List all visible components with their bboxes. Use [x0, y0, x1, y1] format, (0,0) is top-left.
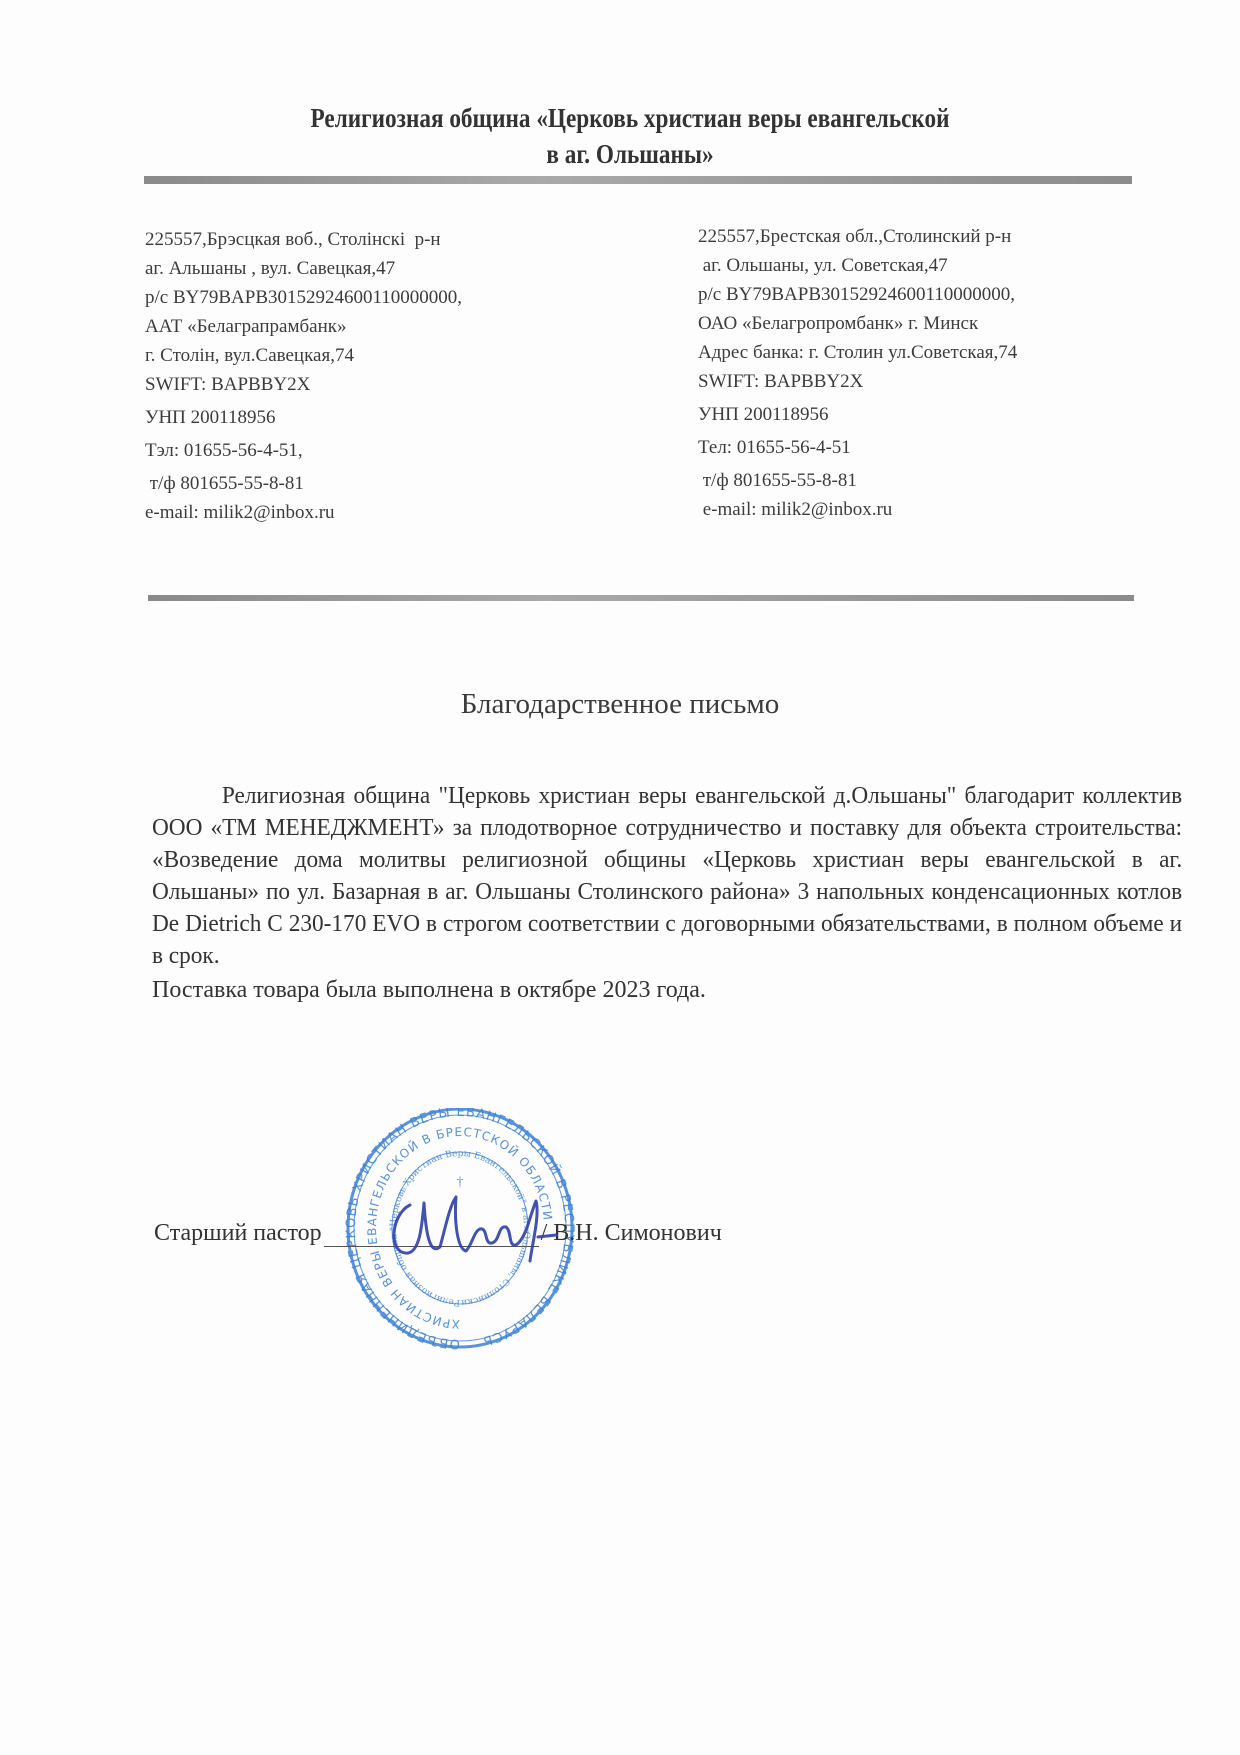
- address-line: 225557,Брестская обл.,Столинский р-н: [698, 222, 1017, 251]
- swift-line: SWIFT: BAPBBY2X: [145, 370, 462, 399]
- organization-header: Религиозная община «Церковь христиан вер…: [200, 100, 1060, 172]
- header-divider: [144, 176, 1132, 184]
- address-block-russian: 225557,Брестская обл.,Столинский р-н аг.…: [698, 222, 1017, 524]
- email-line: e-mail: milik2@inbox.ru: [145, 498, 462, 527]
- handwritten-signature-icon: [380, 1185, 575, 1265]
- address-line: аг. Альшаны , вул. Савецкая,47: [145, 254, 462, 283]
- signer-position: Старший пастор: [154, 1220, 322, 1247]
- letter-title: Благодарственное письмо: [0, 688, 1240, 721]
- phone-line: Тэл: 01655-56-4-51,: [145, 436, 462, 465]
- address-line: 225557,Брэсцкая воб., Столінскі р-н: [145, 225, 462, 254]
- phone-line: Тел: 01655-56-4-51: [698, 433, 1017, 462]
- address-line: аг. Ольшаны, ул. Советская,47: [698, 251, 1017, 280]
- letter-paragraph-main: Религиозная община "Церковь христиан вер…: [152, 780, 1182, 972]
- bank-address-line: г. Столін, вул.Савецкая,74: [145, 341, 462, 370]
- letter-body: Религиозная община "Церковь христиан вер…: [152, 780, 1214, 1006]
- email-line: e-mail: milik2@inbox.ru: [698, 495, 1017, 524]
- header-title-line2: в аг. Ольшаны»: [200, 136, 1060, 172]
- fax-line: т/ф 801655-55-8-81: [698, 466, 1017, 495]
- address-divider: [148, 595, 1134, 601]
- swift-line: SWIFT: BAPBBY2X: [698, 367, 1017, 396]
- letter-paragraph-delivery: Поставка товара была выполнена в октябре…: [152, 974, 1214, 1006]
- fax-line: т/ф 801655-55-8-81: [145, 469, 462, 498]
- address-block-belarusian: 225557,Брэсцкая воб., Столінскі р-н аг. …: [145, 225, 462, 527]
- unp-line: УНП 200118956: [145, 403, 462, 432]
- bank-address-line: Адрес банка: г. Столин ул.Советская,74: [698, 338, 1017, 367]
- account-line: р/с BY79BAPB30152924600110000000,: [145, 283, 462, 312]
- account-line: р/с BY79BAPB30152924600110000000,: [698, 280, 1017, 309]
- bank-line: ААТ «Белаграпрамбанк»: [145, 312, 462, 341]
- bank-line: ОАО «Белагропромбанк» г. Минск: [698, 309, 1017, 338]
- unp-line: УНП 200118956: [698, 400, 1017, 429]
- header-title-line1: Религиозная община «Церковь христиан вер…: [200, 100, 1060, 136]
